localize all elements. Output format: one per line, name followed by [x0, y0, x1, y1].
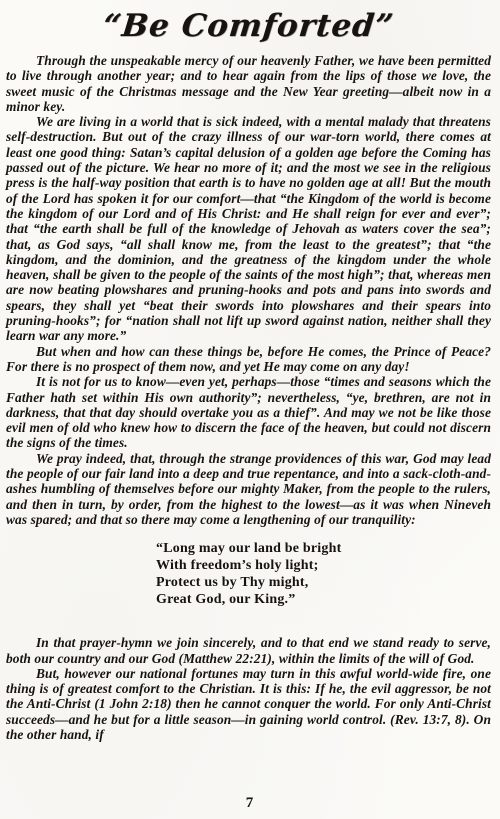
hymn-line-3: Protect us by Thy might, [156, 574, 491, 591]
hymn-line-2: With freedom’s holy light; [156, 557, 491, 574]
paragraph-2: We are living in a world that is sick in… [6, 114, 491, 343]
paragraph-6: In that prayer-hymn we join sincerely, a… [6, 635, 491, 666]
hymn-quote: “Long may our land be bright With freedo… [156, 540, 491, 608]
paragraph-7: But, however our national fortunes may t… [6, 666, 491, 742]
paragraph-5: We pray indeed, that, through the strang… [6, 451, 491, 527]
article-body: Through the unspeakable mercy of our hea… [6, 53, 491, 742]
hymn-line-4: Great God, our King.” [156, 591, 491, 608]
page-title: “Be Comforted” [4, 8, 493, 44]
hymn-line-1: “Long may our land be bright [156, 540, 491, 557]
paragraph-3: But when and how can these things be, be… [6, 344, 491, 375]
document-page: “Be Comforted” Through the unspeakable m… [0, 0, 500, 819]
paragraph-4: It is not for us to know—even yet, perha… [6, 374, 491, 450]
paragraph-1: Through the unspeakable mercy of our hea… [6, 53, 491, 114]
page-number: 7 [0, 795, 500, 812]
